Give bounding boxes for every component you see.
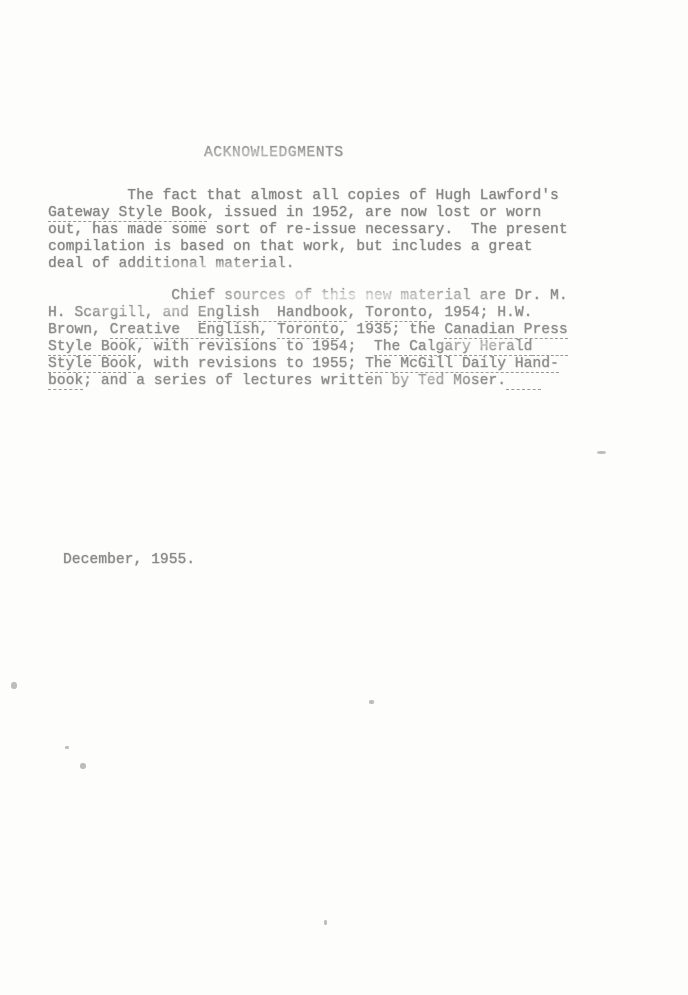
paragraph-sources: Chief sources of this new material are D… [48, 288, 568, 390]
text-line: out, has made some sort of re-issue nece… [48, 222, 568, 239]
text-segment: , with revisions to 1954; [136, 339, 374, 355]
underlined-text [506, 373, 541, 390]
text-line: book; and a series of lectures written b… [48, 373, 568, 390]
text-segment: , 1935; the [339, 322, 445, 338]
ink-fade-overlay [0, 0, 688, 995]
scan-speck [11, 682, 17, 689]
text-line: Brown, Creative English, Toronto, 1935; … [48, 322, 568, 339]
text-segment: compilation is based on that work, but i… [48, 239, 532, 255]
text-line: Style Book, with revisions to 1954; The … [48, 339, 568, 356]
text-segment: ; and a series of lectures written by Te… [83, 373, 506, 389]
text-segment: , [259, 322, 277, 338]
text-segment: H. Scargill, and [48, 305, 198, 321]
underlined-text: The McGill Daily Hand- [365, 356, 559, 373]
underlined-text: The Calgary Herald [374, 339, 533, 356]
text-segment: deal of additional material. [48, 256, 295, 272]
text-line: Chief sources of this new material are D… [48, 288, 568, 305]
text-line: Style Book, with revisions to 1955; The … [48, 356, 568, 373]
text-segment: , [347, 305, 365, 321]
scanned-document-page: ACKNOWLEDGMENTS The fact that almost all… [0, 0, 688, 995]
text-segment: Chief sources of this new material are D… [48, 288, 568, 304]
underlined-text: book [48, 373, 83, 390]
scan-speck [324, 920, 327, 925]
underlined-text: Style Book [48, 339, 136, 356]
scan-speck [80, 763, 86, 769]
text-segment: , with revisions to 1955; [136, 356, 365, 372]
date-line: December, 1955. [63, 552, 195, 569]
text-segment: , 1954; H.W. [427, 305, 533, 321]
underlined-text: Creative English [110, 322, 260, 339]
text-segment: , issued in 1952, are now lost or worn [207, 205, 542, 221]
page-title: ACKNOWLEDGMENTS [204, 145, 344, 162]
text-segment: out, has made some sort of re-issue nece… [48, 222, 568, 238]
underlined-text: Gateway Style Book [48, 205, 207, 222]
text-line: H. Scargill, and English Handbook, Toron… [48, 305, 568, 322]
text-segment: The fact that almost all copies of Hugh … [48, 188, 559, 204]
underlined-text: English Handbook [198, 305, 348, 322]
underlined-text: Canadian Press [444, 322, 567, 339]
scan-speck [369, 700, 374, 704]
text-line: deal of additional material. [48, 256, 568, 273]
text-line: compilation is based on that work, but i… [48, 239, 568, 256]
text-line: Gateway Style Book, issued in 1952, are … [48, 205, 568, 222]
underlined-text [532, 339, 567, 356]
underlined-text: Style Book [48, 356, 136, 373]
paragraph-acknowledgment-intro: The fact that almost all copies of Hugh … [48, 188, 568, 273]
scan-speck [65, 746, 69, 749]
text-line: The fact that almost all copies of Hugh … [48, 188, 568, 205]
text-segment: Brown, [48, 322, 110, 338]
underlined-text: Toronto [365, 305, 427, 322]
underlined-text: Toronto [277, 322, 339, 339]
scan-speck [597, 451, 606, 454]
